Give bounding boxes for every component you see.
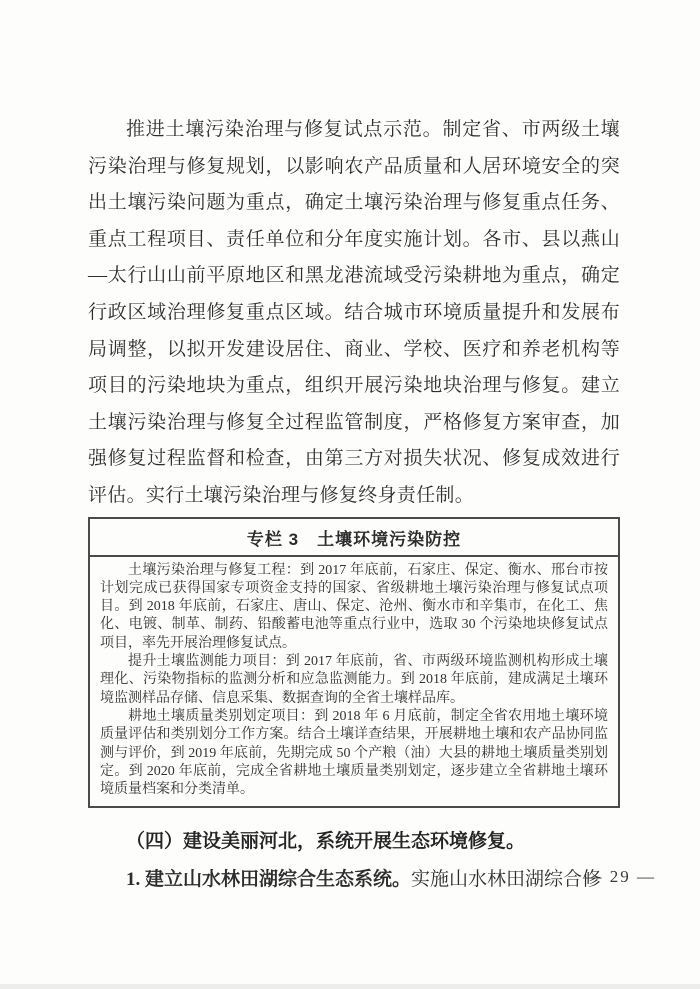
numbered-item: 1. 建立山水林田湖综合生态系统。实施山水林田湖综合修: [88, 866, 620, 893]
numbered-item-lead: 1. 建立山水林田湖综合生态系统。: [126, 869, 411, 890]
column-box-body: 土壤污染治理与修复工程：到 2017 年底前，石家庄、保定、衡水、邢台市按计划完…: [90, 557, 618, 807]
scan-edge: [0, 984, 700, 989]
document-page: 推进土壤污染治理与修复试点示范。制定省、市两级土壤污染治理与修复规划，以影响农产…: [0, 0, 700, 989]
column-box: 专栏 3 土壤环境污染防控 土壤污染治理与修复工程：到 2017 年底前，石家庄…: [88, 517, 620, 809]
page-number: — 29 —: [585, 867, 657, 887]
box-paragraph-monitoring-capacity: 提升土壤监测能力项目：到 2017 年底前，省、市两级环境监测机构形成土壤理化、…: [100, 653, 608, 708]
section-heading: （四）建设美丽河北，系统开展生态环境修复。: [88, 828, 620, 855]
body-paragraph: 推进土壤污染治理与修复试点示范。制定省、市两级土壤污染治理与修复规划，以影响农产…: [88, 112, 620, 515]
box-paragraph-soil-remediation: 土壤污染治理与修复工程：到 2017 年底前，石家庄、保定、衡水、邢台市按计划完…: [100, 562, 608, 653]
numbered-item-rest: 实施山水林田湖综合修: [411, 869, 601, 890]
box-paragraph-farmland-classification: 耕地土壤质量类别划定项目：到 2018 年 6 月底前，制定全省农用地土壤环境质…: [100, 708, 608, 799]
column-box-title: 专栏 3 土壤环境污染防控: [90, 519, 618, 557]
page-content: 推进土壤污染治理与修复试点示范。制定省、市两级土壤污染治理与修复规划，以影响农产…: [88, 112, 620, 893]
